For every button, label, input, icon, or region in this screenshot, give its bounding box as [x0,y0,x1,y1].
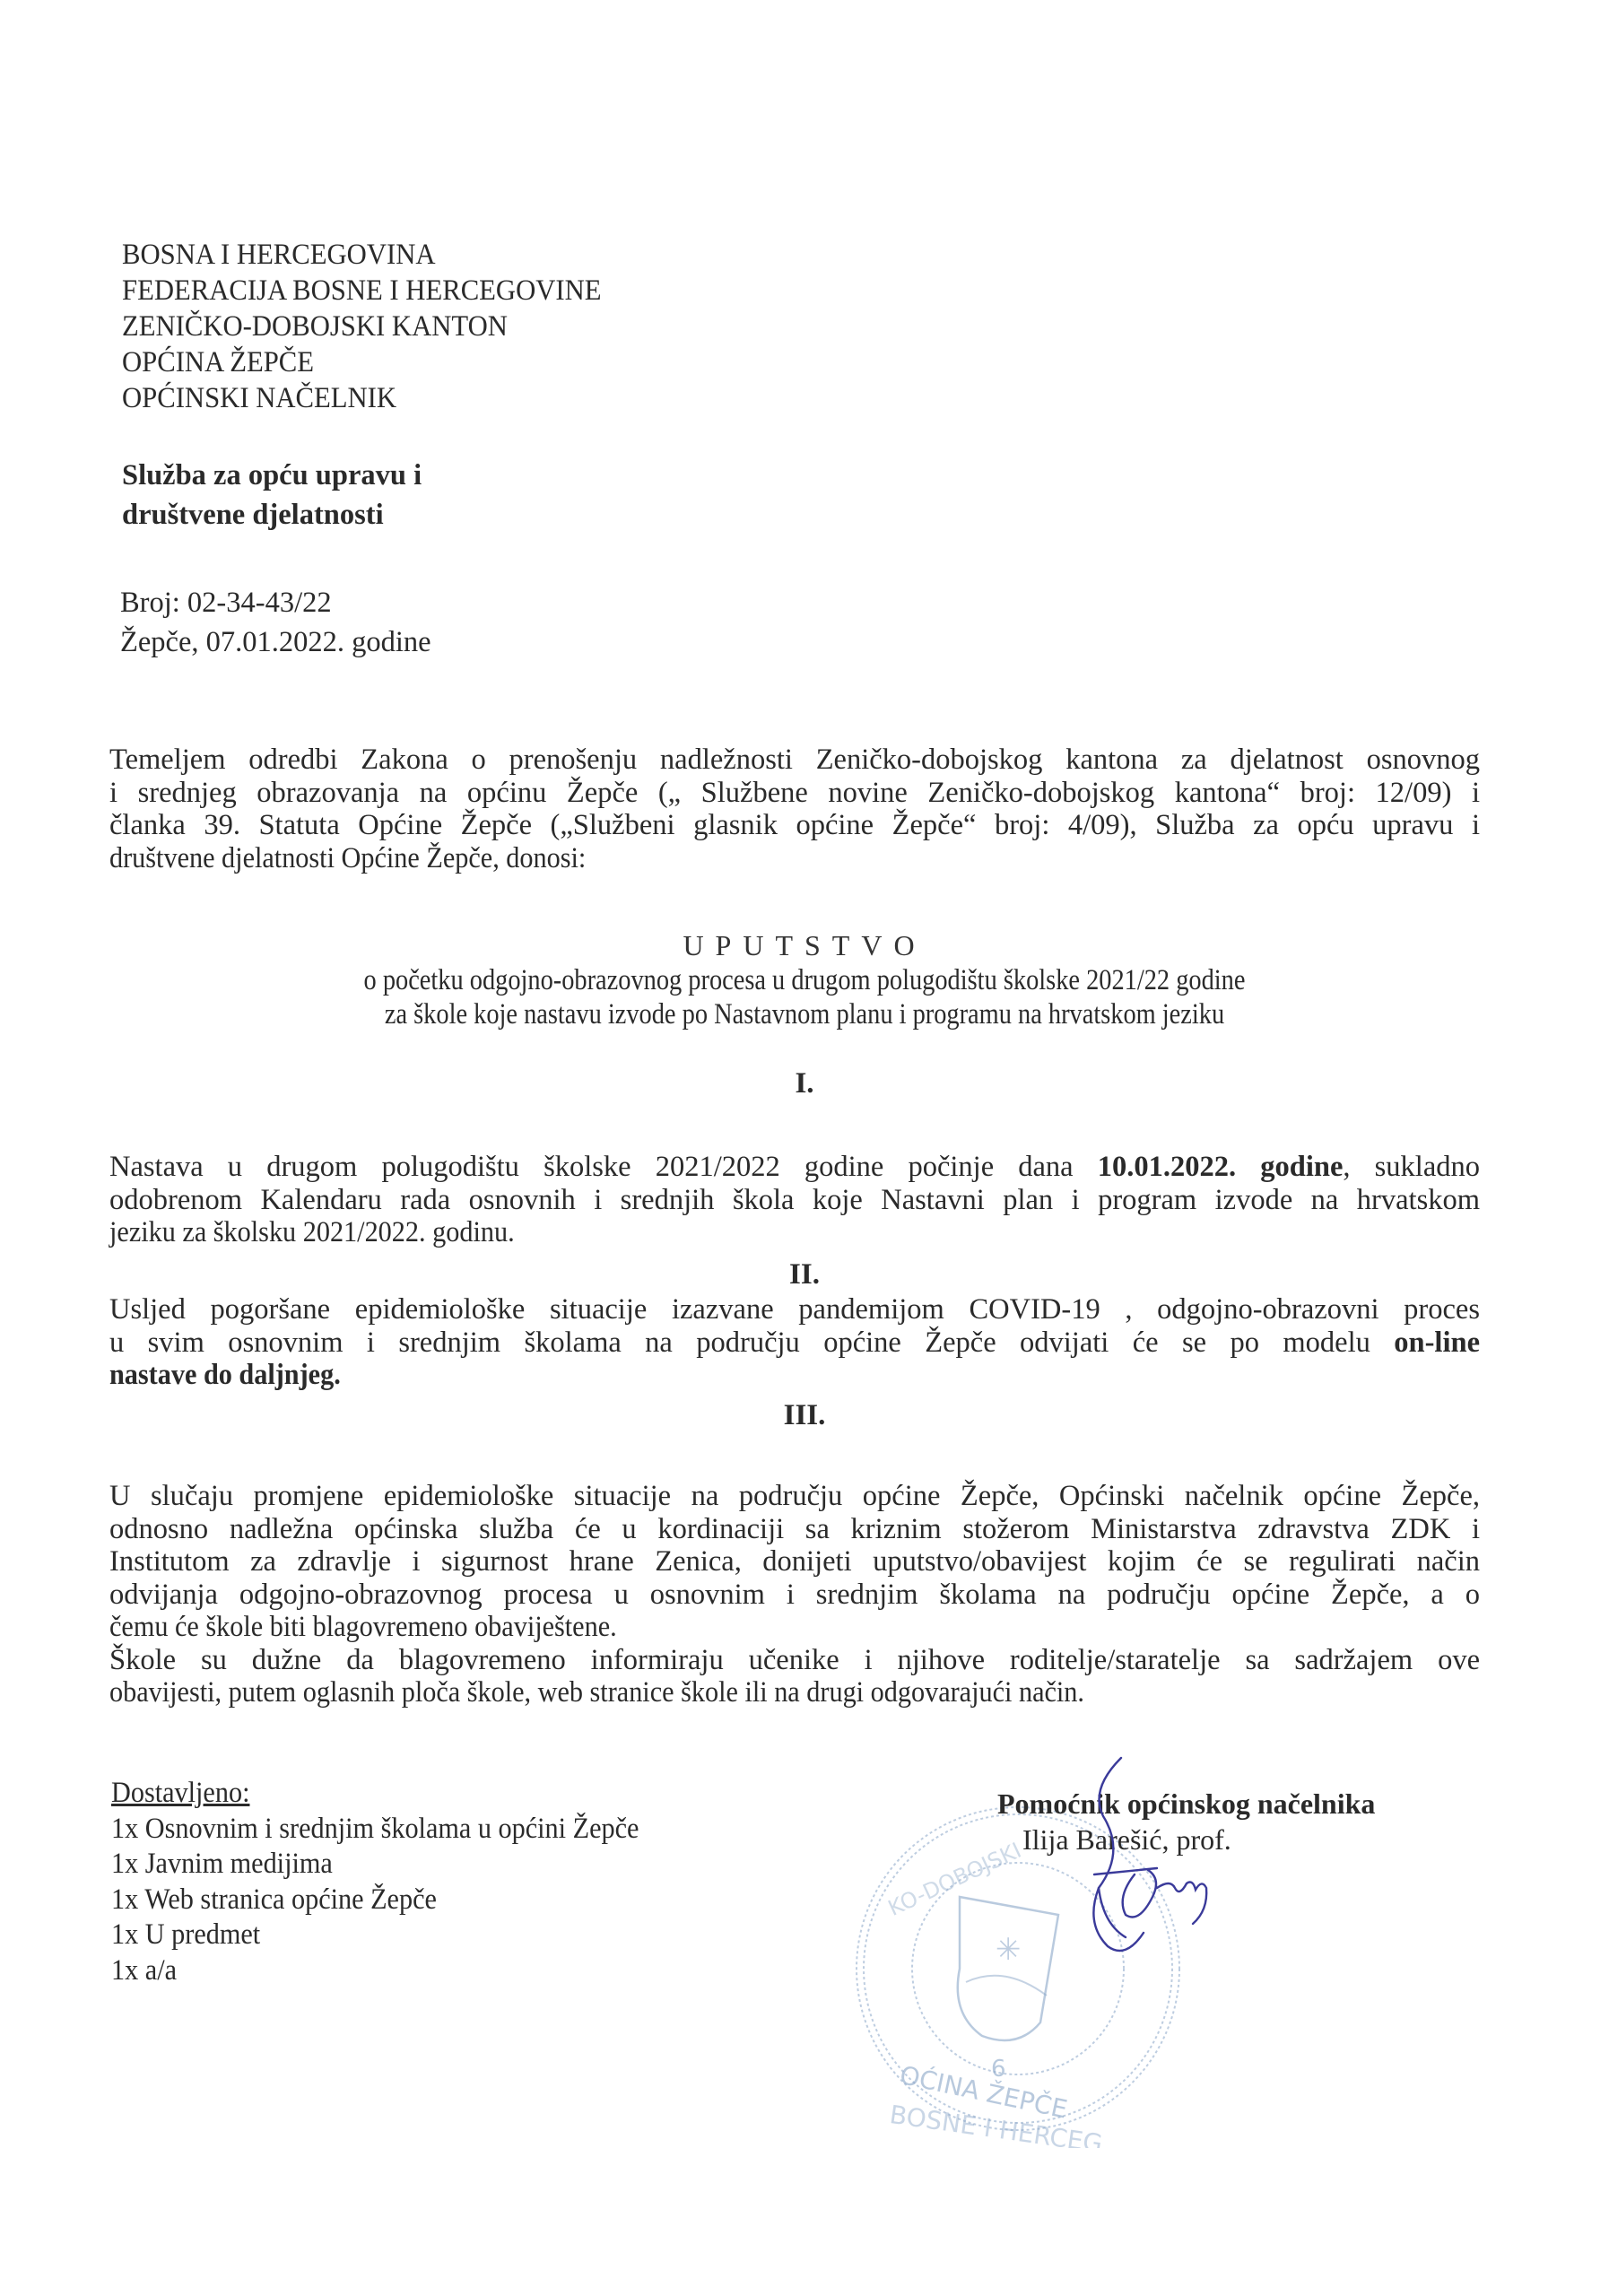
section-3-line: obavijesti, putem oglasnih ploča škole, … [109,1676,1384,1709]
body-text: odnosno nadležna općinska služba će u ko… [109,1513,1480,1545]
letterhead-line-country: BOSNA I HERCEGOVINA [122,237,602,273]
section-number-2: II. [0,1258,1609,1291]
preamble-line: društvene djelatnosti Općine Žepče, dono… [109,842,1384,875]
recipient-item: 1x U predmet [111,1918,639,1953]
section-3-line: Škole su dužne da blagovremeno informira… [109,1644,1480,1677]
svg-text:KO-DOBOJSKI: KO-DOBOJSKI [884,1838,1025,1921]
preamble-line: i srednjeg obrazovanja na općinu Žepče (… [109,777,1480,810]
body-text: čemu će škole biti blagovremeno obaviješ… [109,1611,617,1643]
recipient-item: 1x a/a [111,1953,639,1989]
document-title: UPUTSTVO [0,927,1609,963]
document-page: BOSNA I HERCEGOVINA FEDERACIJA BOSNE I H… [0,0,1609,2296]
issuing-service: Služba za opću upravu i društvene djelat… [122,456,422,535]
reference-number: Broj: 02-34-43/22 [120,583,431,622]
reference-block: Broj: 02-34-43/22 Žepče, 07.01.2022. god… [120,583,431,662]
recipient-item: 1x Web stranica općine Žepče [111,1883,639,1918]
subtitle-line: o početku odgojno-obrazovnog procesa u d… [113,963,1497,997]
section-3-line: U slučaju promjene epidemiološke situaci… [109,1480,1480,1513]
body-text: Usljed pogoršane epidemiološke situacije… [109,1293,1480,1326]
section-3-line: odnosno nadležna općinska služba će u ko… [109,1513,1480,1546]
letterhead-line-municipality: OPĆINA ŽEPČE [122,344,602,380]
document-subtitle: o početku odgojno-obrazovnog procesa u d… [0,963,1609,1031]
subtitle-line: za škole koje nastavu izvode po Nastavno… [113,997,1497,1031]
body-text: u svim osnovnim i srednjim školama na po… [109,1326,1394,1359]
recipient-item: 1x Osnovnim i srednjim školama u općini … [111,1812,639,1848]
body-text: Škole su dužne da blagovremeno informira… [109,1644,1480,1676]
body-text: U slučaju promjene epidemiološke situaci… [109,1480,1480,1512]
preamble-paragraph: Temeljem odredbi Zakona o prenošenju nad… [109,744,1480,874]
section-1-line: odobrenom Kalendaru rada osnovnih i sred… [109,1184,1480,1217]
body-text: Institutom za zdravlje i sigurnost hrane… [109,1545,1480,1578]
section-2-line: u svim osnovnim i srednjim školama na po… [109,1326,1480,1360]
letterhead-line-canton: ZENIČKO-DOBOJSKI KANTON [122,309,602,344]
letterhead-line-mayor: OPĆINSKI NAČELNIK [122,380,602,416]
section-2-line: Usljed pogoršane epidemiološke situacije… [109,1293,1480,1326]
handwritten-signature-icon [1072,1753,1305,1978]
emphasized-text: 10.01.2022. godine [1098,1151,1344,1183]
recipient-item: 1x Javnim medijima [111,1847,639,1883]
letterhead: BOSNA I HERCEGOVINA FEDERACIJA BOSNE I H… [122,237,638,416]
section-1-body: Nastava u drugom polugodištu školske 202… [109,1151,1480,1249]
emphasized-text: nastave do daljnjeg. [109,1359,341,1391]
recipients-heading: Dostavljeno: [111,1776,639,1812]
service-line-1: Služba za opću upravu i [122,456,422,495]
body-text: odobrenom Kalendaru rada osnovnih i sred… [109,1184,1480,1216]
section-3-line: odvijanja odgojno-obrazovnog procesa u o… [109,1578,1480,1612]
section-number-3: III. [0,1399,1609,1432]
emphasized-text: on-line [1394,1326,1480,1359]
preamble-line: članka 39. Statuta Općine Žepče („Službe… [109,809,1480,842]
section-1-line: Nastava u drugom polugodištu školske 202… [109,1151,1480,1184]
section-3-line: čemu će škole biti blagovremeno obaviješ… [109,1611,1384,1644]
letterhead-line-federation: FEDERACIJA BOSNE I HERCEGOVINE [122,273,602,309]
body-text: , sukladno [1343,1151,1480,1183]
svg-text:✳: ✳ [996,1932,1022,1968]
place-date: Žepče, 07.01.2022. godine [120,622,431,662]
body-text: odvijanja odgojno-obrazovnog procesa u o… [109,1578,1480,1611]
section-3-body: U slučaju promjene epidemiološke situaci… [109,1480,1480,1709]
document-title-block: UPUTSTVO o početku odgojno-obrazovnog pr… [0,927,1609,1031]
body-text: jeziku za školsku 2021/2022. godinu. [109,1216,515,1248]
service-line-2: društvene djelatnosti [122,495,422,535]
body-text: obavijesti, putem oglasnih ploča škole, … [109,1676,1084,1709]
section-1-line: jeziku za školsku 2021/2022. godinu. [109,1216,1384,1249]
section-number-1: I. [0,1067,1609,1100]
section-3-line: Institutom za zdravlje i sigurnost hrane… [109,1545,1480,1578]
recipients-list: Dostavljeno: 1x Osnovnim i srednjim škol… [111,1776,679,1988]
section-2-line: nastave do daljnjeg. [109,1359,1384,1392]
body-text: Nastava u drugom polugodištu školske 202… [109,1151,1098,1183]
preamble-line: Temeljem odredbi Zakona o prenošenju nad… [109,744,1480,777]
section-2-body: Usljed pogoršane epidemiološke situacije… [109,1293,1480,1392]
